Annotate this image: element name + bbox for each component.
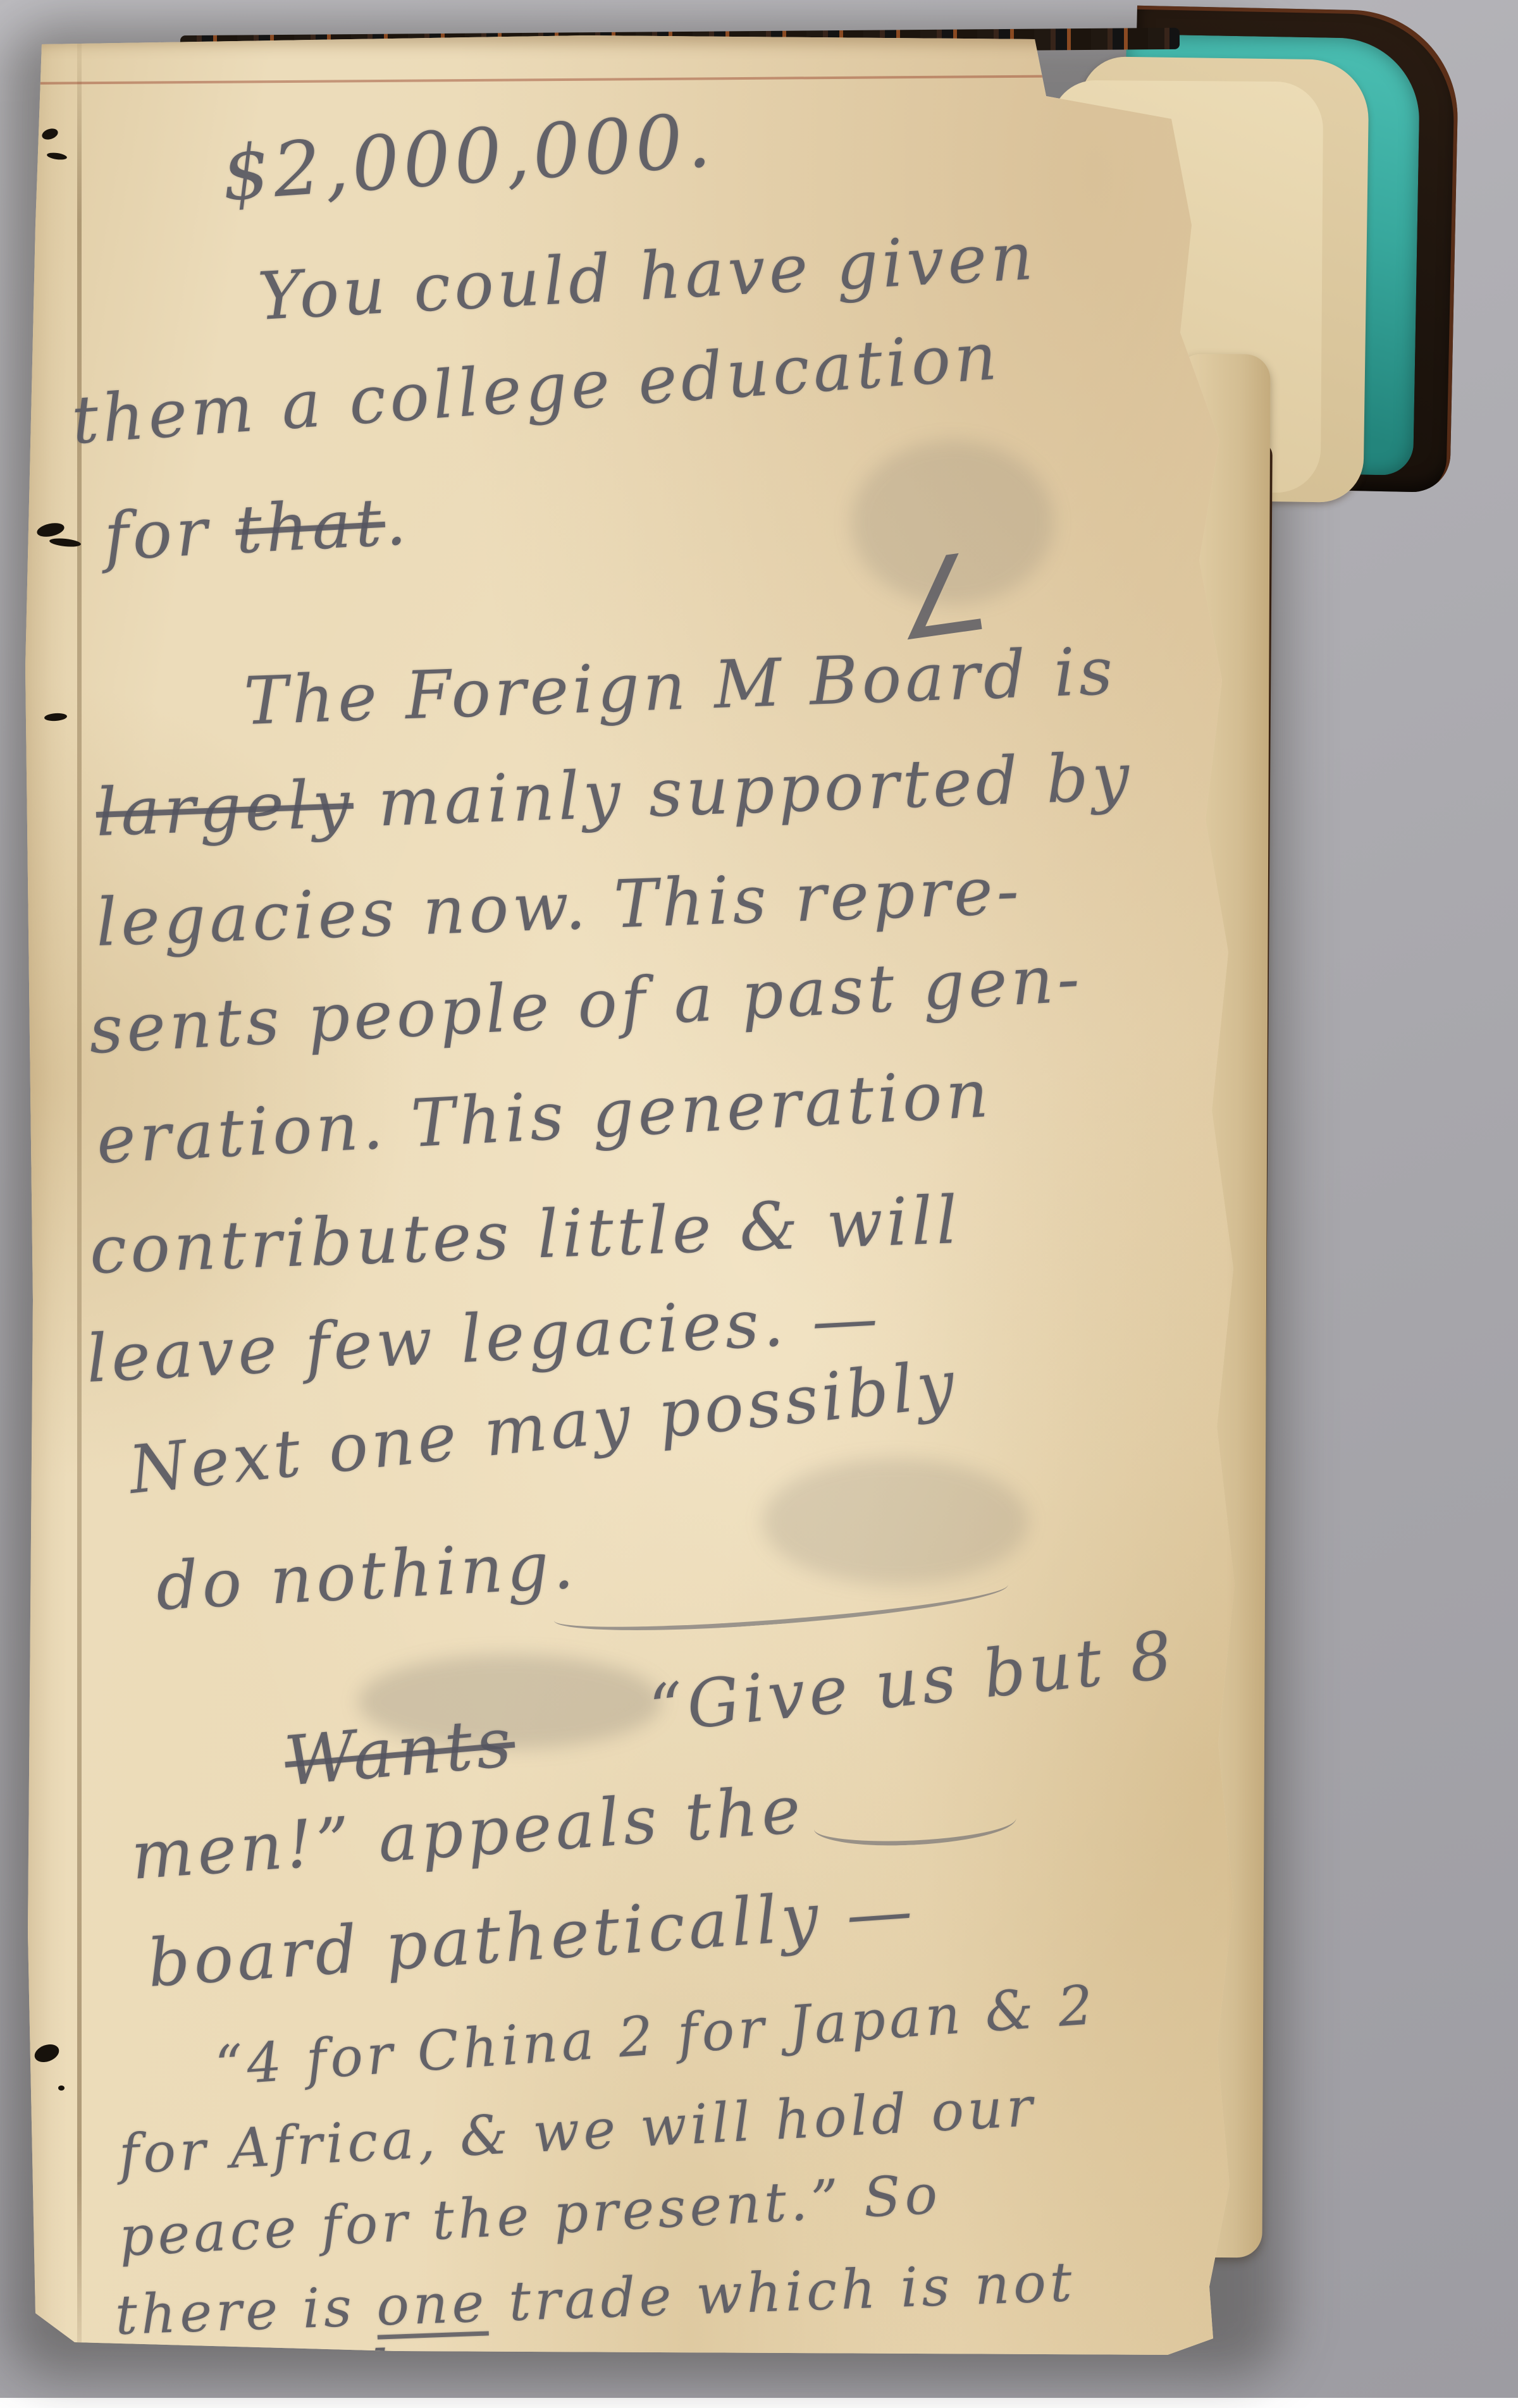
handwritten-text: mainly supported by bbox=[352, 738, 1135, 842]
insertion-caret: ∠ bbox=[884, 529, 997, 666]
handwritten-text: for bbox=[102, 491, 238, 575]
handwritten-line: for that. bbox=[102, 482, 412, 575]
handwritten-line: legacies now. This repre‐ bbox=[95, 852, 1024, 961]
struck-word: largely bbox=[95, 765, 355, 851]
handwritten-line: You could have given bbox=[256, 218, 1039, 335]
handwritten-text: there is bbox=[114, 2275, 378, 2347]
handwritten-text: sents people of a past gen‐ bbox=[87, 940, 1085, 1069]
photo-background: $2,000,000.You could have giventhem a co… bbox=[0, 0, 1518, 2398]
handwritten-line: eration. This generation bbox=[95, 1055, 994, 1179]
handwritten-line: do nothing. bbox=[154, 1526, 579, 1625]
handwritten-text: do nothing. bbox=[154, 1526, 579, 1625]
notebook-page: $2,000,000.You could have giventhem a co… bbox=[16, 35, 1242, 2360]
handwritten-text: . bbox=[383, 482, 411, 561]
pencil-stroke-over-appeals bbox=[813, 1799, 1017, 1848]
handwritten-text: eration. This generation bbox=[95, 1055, 994, 1179]
handwritten-line: largely mainly supported by bbox=[95, 738, 1135, 851]
underlined-word: one bbox=[375, 2271, 488, 2338]
handwritten-line: Wants bbox=[281, 1703, 518, 1802]
handwritten-text: “Give us but 8 bbox=[646, 1616, 1179, 1748]
handwritten-line: them a college education bbox=[69, 317, 1003, 459]
handwritten-line: $2,000,000. bbox=[219, 96, 717, 218]
pencil-dash-flourish bbox=[552, 1566, 1009, 1640]
handwriting-layer: $2,000,000.You could have giventhem a co… bbox=[16, 35, 1242, 2360]
handwritten-line: board pathetically — bbox=[145, 1871, 918, 2002]
handwritten-line: there is one trade which is not bbox=[114, 2251, 1077, 2347]
struck-word: that bbox=[233, 484, 387, 568]
struck-word: Wants bbox=[281, 1703, 518, 1802]
handwritten-line: “Give us but 8 bbox=[646, 1616, 1179, 1748]
handwritten-text: them a college education bbox=[69, 317, 1003, 459]
handwritten-line: contributes little & will bbox=[89, 1181, 963, 1289]
handwritten-text: men!” appeals the bbox=[128, 1771, 806, 1895]
handwritten-text: board pathetically — bbox=[145, 1871, 918, 2002]
handwritten-text: $2,000,000. bbox=[219, 96, 717, 218]
handwritten-text: trade which is not bbox=[486, 2251, 1077, 2334]
handwritten-text: legacies now. This repre‐ bbox=[95, 852, 1024, 961]
handwritten-text: You could have given bbox=[256, 218, 1039, 335]
handwritten-text: contributes little & will bbox=[89, 1181, 963, 1289]
handwritten-line: sents people of a past gen‐ bbox=[87, 940, 1085, 1069]
handwritten-line: men!” appeals the bbox=[128, 1771, 806, 1895]
